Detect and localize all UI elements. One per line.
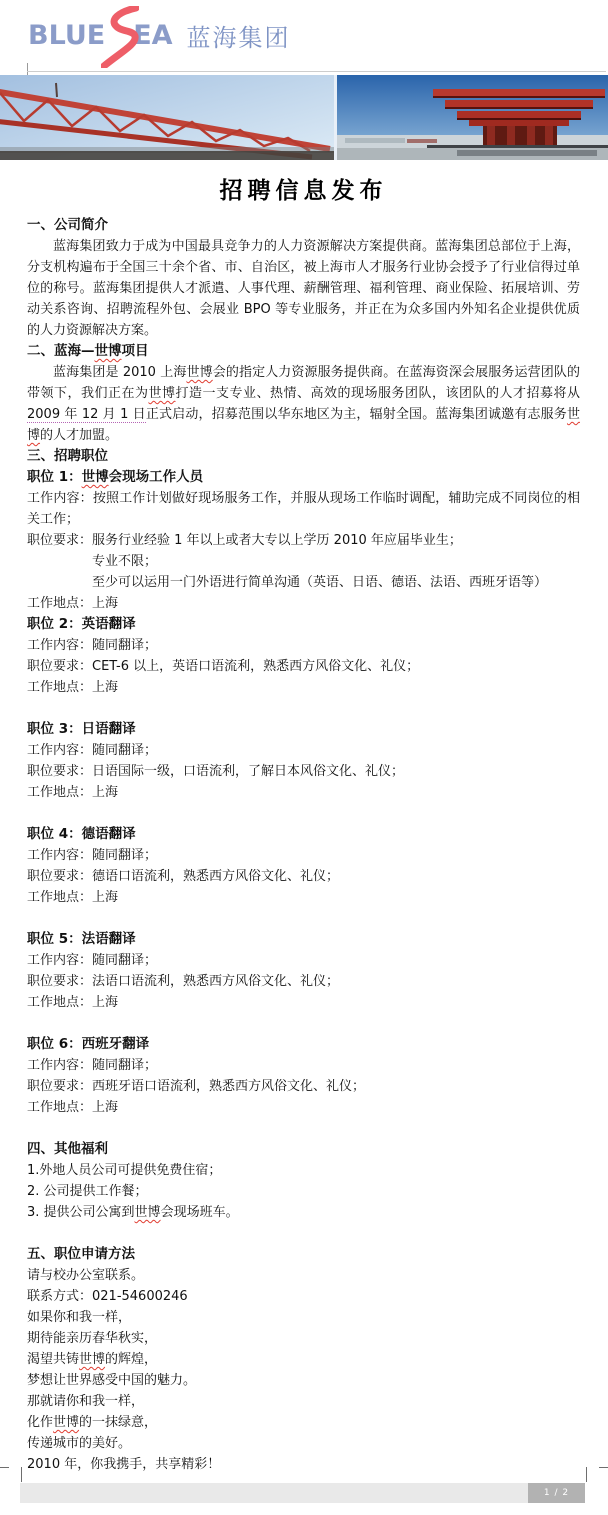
job-title: 职位 4：德语翻译 <box>27 824 580 845</box>
banner <box>0 75 608 160</box>
job-location: 工作地点：上海 <box>27 887 580 908</box>
section-heading-positions: 三、招聘职位 <box>27 446 580 467</box>
spellcheck-word: 世博 <box>186 365 212 380</box>
benefit-item: 3. 提供公司公寓到世博会现场班车。 <box>27 1202 580 1223</box>
job-requirement-line: 服务行业经验 1 年以上或者大专以上学历 2010 年应届毕业生； <box>92 530 580 551</box>
job-position-1: 职位 1：世博会现场工作人员工作内容：按照工作计划做好现场服务工作，并服从现场工… <box>27 467 580 614</box>
job-content: 工作内容：按照工作计划做好现场服务工作，并服从现场工作临时调配，辅助完成不同岗位… <box>27 488 580 530</box>
document-page: BLUE EA 蓝海集团 <box>0 0 608 1515</box>
header-rule <box>27 71 606 72</box>
spellcheck-word: 世博 <box>95 343 122 359</box>
apply-line: 联系方式：021-54600246 <box>27 1286 580 1307</box>
apply-line: 传递城市的美好。 <box>27 1433 580 1454</box>
banner-photo-expo-pavilion <box>337 75 608 160</box>
job-requirement-line: 德语口语流利，熟悉西方风俗文化、礼仪； <box>92 866 580 887</box>
bluesea-logo: BLUE EA 蓝海集团 <box>28 6 291 64</box>
margin-tick <box>27 63 28 75</box>
job-content: 工作内容：随同翻译； <box>27 1055 580 1076</box>
margin-mark-bottom-left-v <box>21 1467 22 1482</box>
apply-line: 如果你和我一样， <box>27 1307 580 1328</box>
spellcheck-word: 世博 <box>53 1415 79 1430</box>
job-location: 工作地点：上海 <box>27 593 580 614</box>
job-requirements: 职位要求：德语口语流利，熟悉西方风俗文化、礼仪； <box>27 866 580 887</box>
job-location: 工作地点：上海 <box>27 677 580 698</box>
job-requirements-label: 职位要求： <box>27 656 92 677</box>
job-content: 工作内容：随同翻译； <box>27 845 580 866</box>
apply-line: 期待能亲历春华秋实， <box>27 1328 580 1349</box>
apply-line: 请与校办公室联系。 <box>27 1265 580 1286</box>
job-requirements-label: 职位要求： <box>27 761 92 782</box>
job-requirements: 职位要求：西班牙语口语流利，熟悉西方风俗文化、礼仪； <box>27 1076 580 1097</box>
job-requirements: 职位要求：CET-6 以上，英语口语流利，熟悉西方风俗文化、礼仪； <box>27 656 580 677</box>
logo-text-blue: BLUE <box>28 20 105 51</box>
apply-line: 渴望共铸世博的辉煌， <box>27 1349 580 1370</box>
job-location: 工作地点：上海 <box>27 1097 580 1118</box>
margin-mark-bottom-left-h <box>0 1467 9 1468</box>
job-position-6: 职位 6：西班牙翻译工作内容：随同翻译；职位要求：西班牙语口语流利，熟悉西方风俗… <box>27 1034 580 1118</box>
company-intro-paragraph: 蓝海集团致力于成为中国最具竞争力的人力资源解决方案提供商。蓝海集团总部位于上海，… <box>27 236 580 341</box>
job-position-5: 职位 5：法语翻译工作内容：随同翻译；职位要求：法语口语流利，熟悉西方风俗文化、… <box>27 929 580 1013</box>
job-location: 工作地点：上海 <box>27 782 580 803</box>
margin-mark-bottom-right-v <box>586 1467 587 1482</box>
section-heading-expo-project: 二、蓝海—世博项目 <box>27 341 580 362</box>
job-requirements-label: 职位要求： <box>27 971 92 992</box>
job-requirements-label: 职位要求： <box>27 530 92 593</box>
job-position-3: 职位 3：日语翻译工作内容：随同翻译；职位要求：日语国际一级，口语流利，了解日本… <box>27 719 580 803</box>
apply-line: 化作世博的一抹绿意， <box>27 1412 580 1433</box>
job-title: 职位 2：英语翻译 <box>27 614 580 635</box>
spellcheck-word: 世博 <box>82 469 109 485</box>
apply-line: 那就请你和我一样， <box>27 1391 580 1412</box>
job-requirements: 职位要求：服务行业经验 1 年以上或者大专以上学历 2010 年应届毕业生；专业… <box>27 530 580 593</box>
job-requirements-label: 职位要求： <box>27 866 92 887</box>
spellcheck-word: 世博 <box>135 1205 161 1220</box>
job-content: 工作内容：随同翻译； <box>27 740 580 761</box>
job-requirement-line: 日语国际一级，口语流利，了解日本风俗文化、礼仪； <box>92 761 580 782</box>
job-content: 工作内容：随同翻译； <box>27 950 580 971</box>
margin-mark-bottom-right-h <box>599 1467 608 1468</box>
job-position-4: 职位 4：德语翻译工作内容：随同翻译；职位要求：德语口语流利，熟悉西方风俗文化、… <box>27 824 580 908</box>
job-requirements-label: 职位要求： <box>27 1076 92 1097</box>
job-requirements: 职位要求：日语国际一级，口语流利，了解日本风俗文化、礼仪； <box>27 761 580 782</box>
logo-text-cn: 蓝海集团 <box>187 18 291 53</box>
section-heading-benefits: 四、其他福利 <box>27 1139 580 1160</box>
job-title: 职位 6：西班牙翻译 <box>27 1034 580 1055</box>
page-header: BLUE EA 蓝海集团 <box>0 0 608 75</box>
job-requirement-line: 专业不限； <box>92 551 580 572</box>
job-position-2: 职位 2：英语翻译工作内容：随同翻译；职位要求：CET-6 以上，英语口语流利，… <box>27 614 580 698</box>
smart-tag-date: 2009 年 12 月 1 日 <box>27 407 146 423</box>
job-requirement-line: 法语口语流利，熟悉西方风俗文化、礼仪； <box>92 971 580 992</box>
apply-line: 梦想让世界感受中国的魅力。 <box>27 1370 580 1391</box>
spellcheck-word: 世博 <box>79 1352 105 1367</box>
expo-project-paragraph: 蓝海集团是 2010 上海世博会的指定人力资源服务提供商。在蓝海资深会展服务运营… <box>27 362 580 446</box>
banner-photo-bridge <box>0 75 334 160</box>
job-requirement-line: 西班牙语口语流利，熟悉西方风俗文化、礼仪； <box>92 1076 580 1097</box>
job-location: 工作地点：上海 <box>27 992 580 1013</box>
section-heading-apply: 五、职位申请方法 <box>27 1244 580 1265</box>
job-requirements: 职位要求：法语口语流利，熟悉西方风俗文化、礼仪； <box>27 971 580 992</box>
page-title: 招聘信息发布 <box>27 176 580 206</box>
red-s-swoosh-icon <box>101 6 139 68</box>
status-bar: 1 / 2 <box>20 1483 585 1503</box>
job-title: 职位 5：法语翻译 <box>27 929 580 950</box>
job-title: 职位 3：日语翻译 <box>27 719 580 740</box>
benefit-item: 2. 公司提供工作餐； <box>27 1181 580 1202</box>
job-content: 工作内容：随同翻译； <box>27 635 580 656</box>
job-requirement-line: CET-6 以上，英语口语流利，熟悉西方风俗文化、礼仪； <box>92 656 580 677</box>
benefit-item: 1.外地人员公司可提供免费住宿； <box>27 1160 580 1181</box>
page-indicator[interactable]: 1 / 2 <box>528 1483 585 1503</box>
job-requirement-line: 至少可以运用一门外语进行简单沟通（英语、日语、德语、法语、西班牙语等） <box>92 572 580 593</box>
spellcheck-word: 世博 <box>149 386 176 401</box>
document-body: 招聘信息发布 一、公司简介蓝海集团致力于成为中国最具竞争力的人力资源解决方案提供… <box>0 160 608 1475</box>
apply-line: 2010 年，你我携手，共享精彩！ <box>27 1454 580 1475</box>
job-title: 职位 1：世博会现场工作人员 <box>27 467 580 488</box>
section-heading-company-intro: 一、公司简介 <box>27 215 580 236</box>
